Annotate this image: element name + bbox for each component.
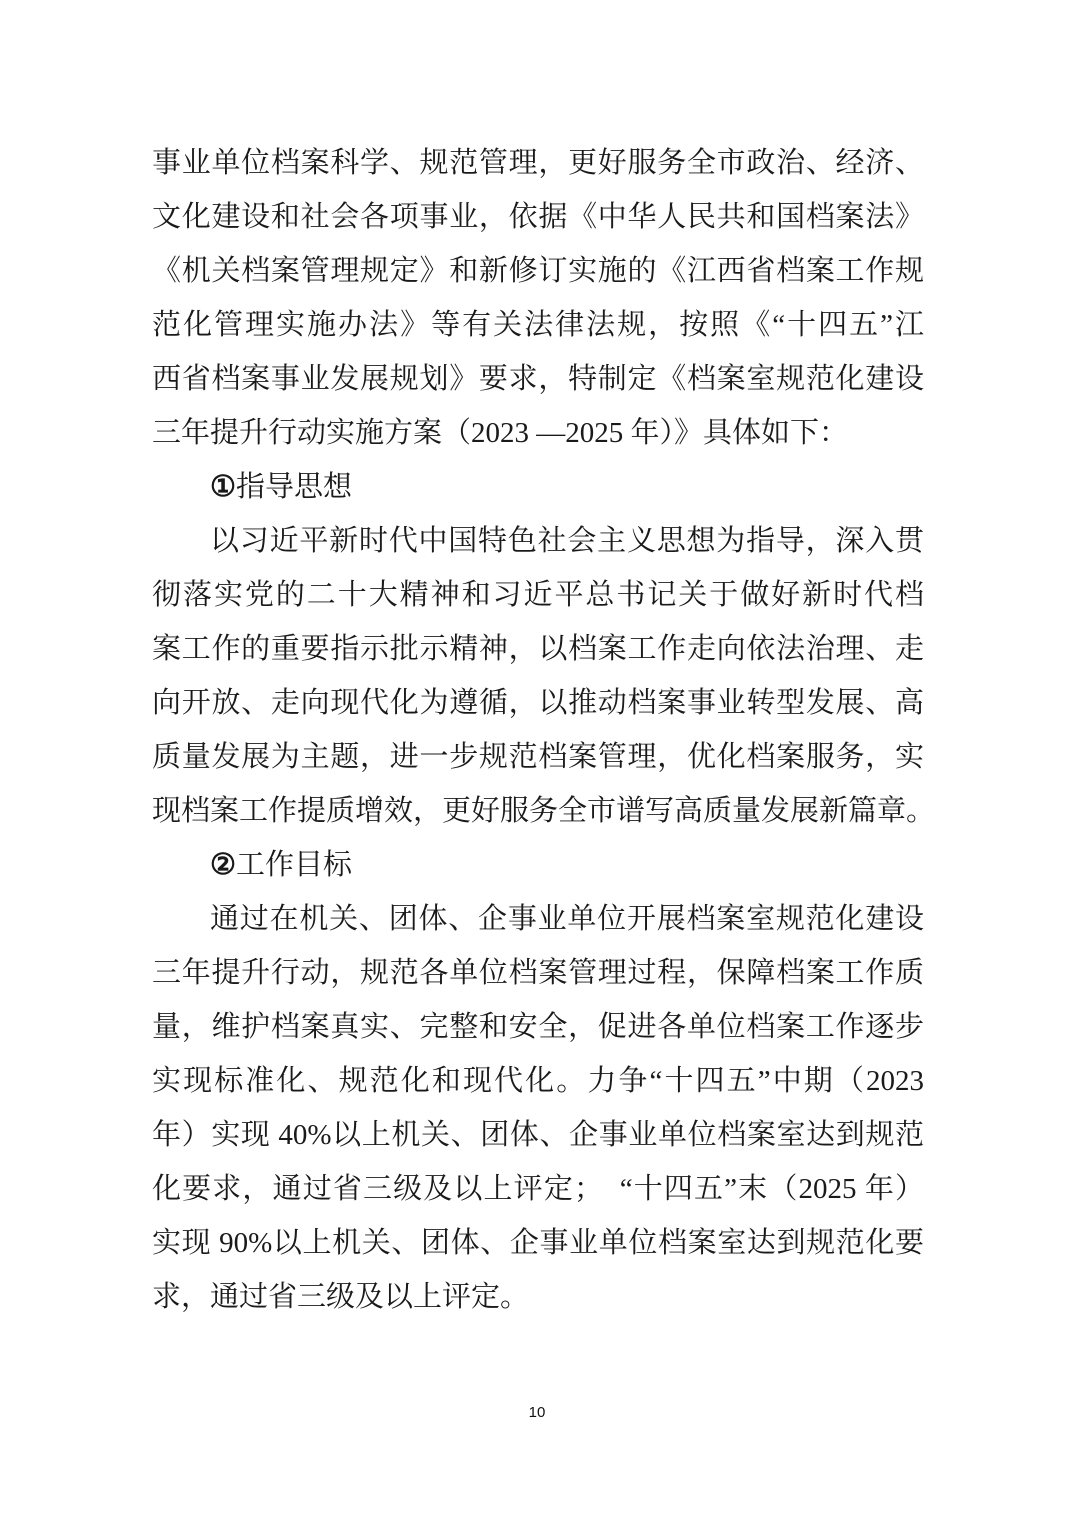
circled-number-1: ①	[210, 471, 236, 503]
text-line: 案工作的重要指示批示精神，以档案工作走向依法治理、走	[152, 622, 924, 676]
document-page: 事业单位档案科学、规范管理，更好服务全市政治、经济、 文化建设和社会各项事业，依…	[0, 0, 1074, 1520]
text-line: 文化建设和社会各项事业，依据《中华人民共和国档案法》	[152, 190, 924, 244]
text-line: 《机关档案管理规定》和新修订实施的《江西省档案工作规	[152, 244, 924, 298]
text-line: 三年提升行动，规范各单位档案管理过程，保障档案工作质	[152, 946, 924, 1000]
text-line: 实现标准化、规范化和现代化。力争“十四五”中期（2023	[152, 1054, 924, 1108]
text-line: 实现 90%以上机关、团体、企事业单位档案室达到规范化要	[152, 1216, 924, 1270]
text-line: 三年提升行动实施方案（2023 —2025 年）》具体如下：	[152, 406, 924, 460]
text-line: 化要求，通过省三级及以上评定； “十四五”末（2025 年）	[152, 1162, 924, 1216]
text-line: 年）实现 40%以上机关、团体、企事业单位档案室达到规范	[152, 1108, 924, 1162]
text-line: 以习近平新时代中国特色社会主义思想为指导，深入贯	[152, 514, 924, 568]
text-line: 范化管理实施办法》等有关法律法规，按照《“十四五”江	[152, 298, 924, 352]
circled-number-2: ②	[210, 849, 236, 881]
text-line: 事业单位档案科学、规范管理，更好服务全市政治、经济、	[152, 136, 924, 190]
text-line: 量，维护档案真实、完整和安全，促进各单位档案工作逐步	[152, 1000, 924, 1054]
page-number: 10	[0, 1404, 1074, 1421]
text-line: 彻落实党的二十大精神和习近平总书记关于做好新时代档	[152, 568, 924, 622]
heading-text: 指导思想	[236, 471, 352, 503]
text-line: 向开放、走向现代化为遵循，以推动档案事业转型发展、高	[152, 676, 924, 730]
heading-text: 工作目标	[236, 849, 352, 881]
text-line: 通过在机关、团体、企事业单位开展档案室规范化建设	[152, 892, 924, 946]
text-line: 求，通过省三级及以上评定。	[152, 1270, 924, 1324]
text-line: 西省档案事业发展规划》要求，特制定《档案室规范化建设	[152, 352, 924, 406]
section-heading-guiding-ideology: ①指导思想	[152, 460, 924, 514]
text-block: 事业单位档案科学、规范管理，更好服务全市政治、经济、 文化建设和社会各项事业，依…	[152, 136, 924, 1324]
section-heading-work-goals: ②工作目标	[152, 838, 924, 892]
text-line: 现档案工作提质增效，更好服务全市谱写高质量发展新篇章。	[152, 784, 924, 838]
text-line: 质量发展为主题，进一步规范档案管理，优化档案服务，实	[152, 730, 924, 784]
